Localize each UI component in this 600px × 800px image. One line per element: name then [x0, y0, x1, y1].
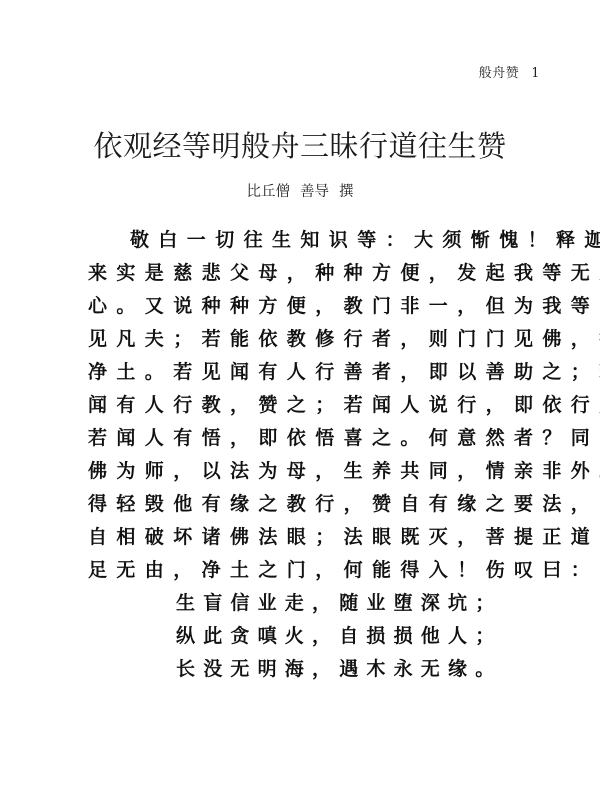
verse-block: 生盲信业走，随业堕深坑； 纵此贪嗔火，自损损他人； 长没无明海，遇木永无缘。 [176, 587, 476, 686]
body-line: 敬白一切往生知识等：大须惭愧！释迦如 [88, 224, 544, 257]
verse-line: 纵此贪嗔火，自损损他人； [176, 620, 476, 653]
author-line: 比丘僧善导撰 [0, 180, 600, 201]
running-title: 般舟赞 [479, 66, 520, 81]
author-name: 善导 [300, 184, 329, 200]
body-line: 来实是慈悲父母，种种方便，发起我等无上信 [88, 257, 544, 290]
body-paragraph: 敬白一切往生知识等：大须惭愧！释迦如 来实是慈悲父母，种种方便，发起我等无上信 … [88, 224, 544, 587]
body-line: 佛为师，以法为母，生养共同，情亲非外。不 [88, 455, 544, 488]
body-line: 若闻人有悟，即依悟喜之。何意然者？同以诸 [88, 422, 544, 455]
document-title: 依观经等明般舟三昧行道往生赞 [0, 124, 600, 165]
body-line: 自相破坏诸佛法眼；法眼既灭，菩提正道，履 [88, 521, 544, 554]
body-line: 见凡夫；若能依教修行者，则门门见佛，得生 [88, 323, 544, 356]
author-role: 比丘僧 [247, 184, 291, 200]
body-line: 得轻毁他有缘之教行，赞自有缘之要法，即是 [88, 488, 544, 521]
verse-line: 生盲信业走，随业堕深坑； [176, 587, 476, 620]
body-line: 净土。若见闻有人行善者，即以善助之；若见 [88, 356, 544, 389]
body-line: 足无由，净土之门，何能得入！伤叹曰： [88, 554, 544, 587]
page-number: 1 [531, 66, 540, 81]
body-line: 心。又说种种方便，教门非一，但为我等，倒 [88, 290, 544, 323]
running-header: 般舟赞1 [479, 62, 540, 81]
author-action: 撰 [339, 184, 354, 200]
verse-line: 长没无明海，遇木永无缘。 [176, 653, 476, 686]
body-line: 闻有人行教，赞之；若闻人说行，即依行顺之； [88, 389, 544, 422]
